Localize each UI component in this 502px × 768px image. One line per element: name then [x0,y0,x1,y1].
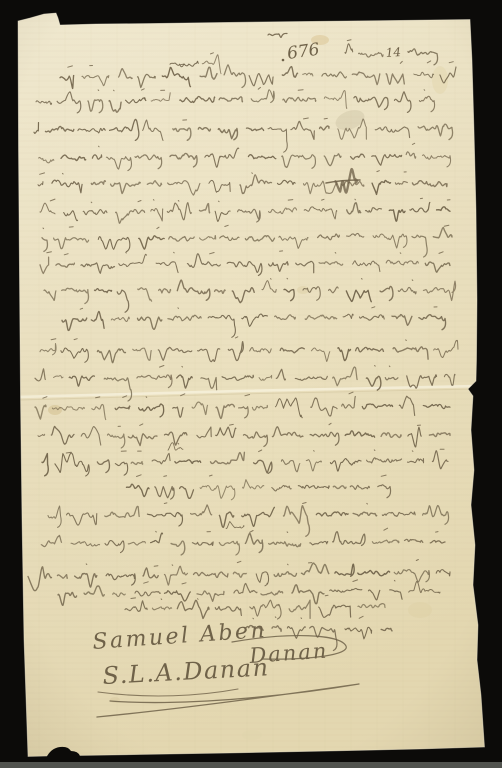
photo-background: 14 676 Samuel Aben Danan S.L.A.Danan [0,0,502,768]
letter-photo: 14 676 Samuel Aben Danan S.L.A.Danan [0,0,502,768]
date-period-dot [282,59,285,62]
date-day-number: 14 [385,45,401,60]
scan-edge-strip [0,762,502,768]
